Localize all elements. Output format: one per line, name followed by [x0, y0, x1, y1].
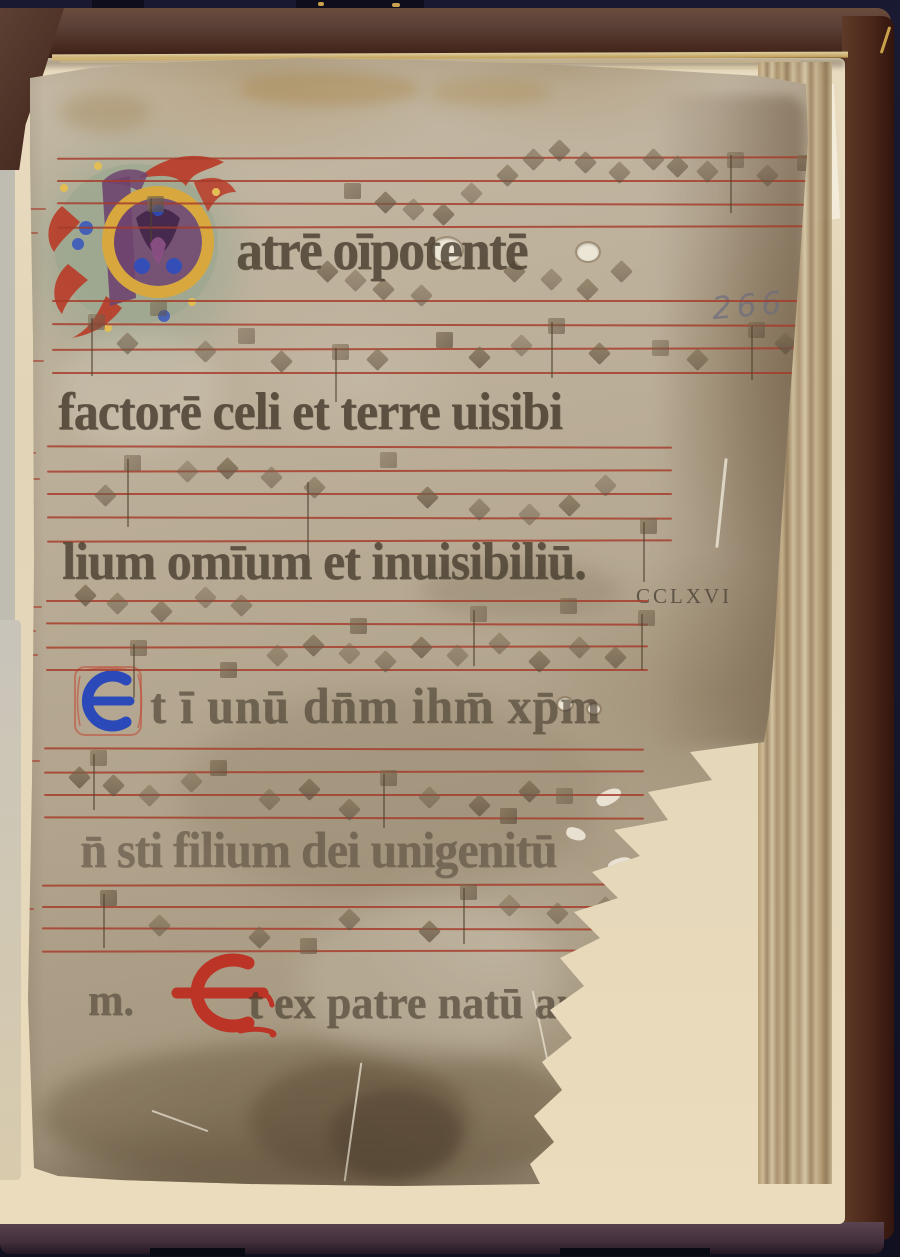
- stain: [240, 72, 420, 106]
- illuminated-initial-P: [44, 148, 239, 338]
- manuscript-photo: 266 CCLXVI atrē oīpotentēfactorē celi et…: [0, 0, 900, 1257]
- stain: [60, 92, 150, 132]
- folio-number-pencil: 266: [711, 285, 788, 327]
- neume-diamond: [604, 646, 627, 669]
- neume-diamond: [518, 503, 541, 526]
- neume-square: [150, 300, 167, 316]
- neume-square: [556, 788, 573, 804]
- leather-binding-top: [0, 8, 891, 58]
- music-staff-line: [57, 156, 834, 160]
- neume-diamond: [460, 182, 483, 205]
- neume-stem: [383, 774, 385, 828]
- neume-diamond: [576, 278, 599, 301]
- clasp-gold-glint: [318, 2, 324, 6]
- neume-diamond: [488, 632, 511, 655]
- music-staff-line: [46, 669, 648, 671]
- neume-square: [350, 618, 367, 634]
- neume-diamond: [574, 151, 597, 174]
- neume-diamond: [366, 348, 389, 371]
- neume-stem: [127, 459, 129, 527]
- music-staff-line: [52, 300, 832, 302]
- music-staff-line: [57, 180, 834, 182]
- neume-stem: [150, 198, 152, 242]
- neume-square: [560, 598, 577, 614]
- music-staff-line: [52, 372, 832, 374]
- chant-text-line: m.: [88, 974, 134, 1026]
- neume-diamond: [588, 342, 611, 365]
- neume-diamond: [518, 780, 541, 803]
- folio-number-ink: CCLXVI: [636, 584, 732, 609]
- neume-square: [238, 328, 255, 344]
- underlying-page-edge: [0, 620, 21, 1180]
- neume-square: [344, 183, 361, 199]
- chant-text-line: factorē celi et terre uisibi: [58, 382, 562, 442]
- neume-diamond: [230, 594, 253, 617]
- stain: [430, 78, 550, 106]
- neume-diamond: [558, 494, 581, 517]
- neume-diamond: [540, 268, 563, 291]
- neume-diamond: [298, 778, 321, 801]
- neume-diamond: [138, 784, 161, 807]
- stand-foot-shadow: [150, 1248, 245, 1256]
- clasp-gold-glint: [392, 3, 400, 7]
- stain: [40, 1040, 600, 1190]
- neume-stem: [641, 614, 643, 670]
- neume-square: [220, 662, 237, 678]
- music-staff-line: [44, 794, 644, 796]
- scratch: [715, 458, 727, 548]
- neume-diamond: [498, 894, 521, 917]
- music-staff-line: [42, 883, 690, 886]
- neume-diamond: [148, 914, 171, 937]
- neume-square: [652, 340, 669, 356]
- neume-stem: [133, 644, 135, 698]
- neume-stem: [730, 155, 732, 213]
- neume-diamond: [686, 348, 709, 371]
- neume-square: [436, 332, 453, 348]
- music-staff-line: [44, 770, 644, 773]
- neume-diamond: [642, 148, 665, 171]
- neume-diamond: [216, 457, 239, 480]
- neume-diamond: [94, 484, 117, 507]
- neume-diamond: [270, 350, 293, 373]
- torn-edge-fiber: [565, 826, 587, 843]
- neume-stem: [91, 318, 93, 376]
- neume-diamond: [180, 770, 203, 793]
- music-staff-line: [44, 816, 644, 819]
- neume-stem: [473, 610, 475, 666]
- neume-diamond: [374, 191, 397, 214]
- neume-stem: [93, 754, 95, 810]
- music-staff-line: [44, 747, 644, 750]
- chant-text-line: atrē oīpotentē: [236, 218, 527, 283]
- neume-square: [300, 938, 317, 954]
- neume-diamond: [610, 260, 633, 283]
- neume-stem: [551, 322, 553, 378]
- leather-binding-right: [842, 16, 894, 1240]
- neume-diamond: [522, 148, 545, 171]
- chant-text-line: lium omīum et inuisibiliū.: [62, 532, 586, 592]
- neume-stem: [463, 888, 465, 944]
- neume-diamond: [410, 636, 433, 659]
- neume-stem: [103, 894, 105, 948]
- chant-text-line: t ī unū dn̄m ihm̄ xp̄m: [150, 678, 601, 736]
- neume-diamond: [510, 334, 533, 357]
- neume-stem: [643, 522, 645, 582]
- neume-diamond: [258, 788, 281, 811]
- music-staff-line: [47, 516, 672, 519]
- neume-diamond: [468, 794, 491, 817]
- neume-diamond: [302, 634, 325, 657]
- neume-diamond: [418, 786, 441, 809]
- crack: [151, 1110, 208, 1132]
- neume-square: [210, 760, 227, 776]
- neume-diamond: [194, 340, 217, 363]
- neume-square: [380, 452, 397, 468]
- neume-diamond: [568, 636, 591, 659]
- music-staff-line: [46, 622, 648, 625]
- leather-binding-bottom: [0, 1222, 884, 1254]
- torn-edge-fiber: [594, 784, 624, 809]
- chant-text-line: n̄ sti filium dei unigenitū: [80, 822, 556, 880]
- neume-diamond: [410, 284, 433, 307]
- neume-diamond: [416, 486, 439, 509]
- neume-stem: [751, 326, 753, 380]
- neume-diamond: [756, 164, 779, 187]
- crack: [344, 1062, 363, 1181]
- neume-diamond: [496, 164, 519, 187]
- music-staff-line: [47, 445, 672, 448]
- neume-diamond: [418, 920, 441, 943]
- neume-diamond: [68, 766, 91, 789]
- neume-diamond: [176, 460, 199, 483]
- stand-foot-shadow: [560, 1248, 710, 1256]
- neume-diamond: [106, 592, 129, 615]
- music-staff-line: [47, 493, 672, 495]
- neume-diamond: [150, 600, 173, 623]
- music-staff-line: [46, 600, 648, 602]
- parchment-hole: [577, 243, 599, 261]
